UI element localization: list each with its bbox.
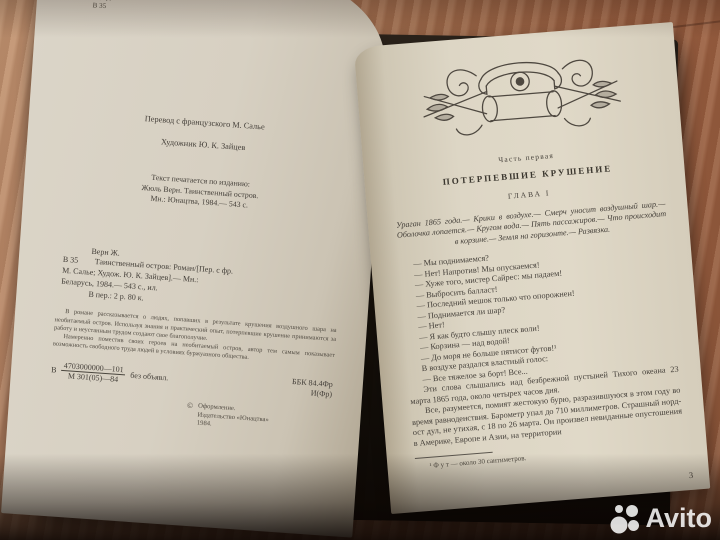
corner-mark-line: В 35 [92, 1, 111, 11]
code-fraction: 4703000000—101 М 301(05)—84 [61, 361, 126, 385]
catalog-card: Верн Ж. В 35 Таинственный остров: Роман/… [60, 244, 337, 317]
book-photo-scene: И(Фр) В 35 Перевод с французского М. Сал… [0, 0, 720, 540]
bbk-line: И(Фр) [291, 387, 332, 400]
avito-watermark: Avito [610, 502, 713, 534]
code-suffix: без объявл. [130, 371, 169, 383]
edition-note: Текст печатается по изданию: Жюль Верн. … [23, 164, 376, 220]
left-page: И(Фр) В 35 Перевод с французского М. Сал… [1, 0, 391, 538]
library-corner-mark: И(Фр) В 35 [92, 0, 112, 11]
copyright-block: © Оформление. Издательство «Юнацтва» 198… [185, 402, 360, 440]
right-page: Часть первая ПОТЕРПЕВШИЕ КРУШЕНИЕ ГЛАВА … [354, 22, 711, 514]
copyright-symbol: © [185, 402, 193, 428]
headpiece-ornament [412, 40, 631, 149]
avito-logo-icon [610, 502, 640, 534]
dialogue-block: — Мы поднимаемся? — Нет! Напротив! Мы оп… [399, 239, 678, 386]
footnote-text: ¹ Ф у т — около 30 сантиметров. [415, 442, 685, 472]
page-number: 3 [688, 470, 693, 480]
catalog-code: В 4703000000—101 М 301(05)—84 без объявл… [50, 360, 169, 388]
catalog-code-row: В 4703000000—101 М 301(05)—84 без объявл… [50, 360, 333, 400]
avito-wordmark: Avito [646, 503, 713, 534]
annotation: В романе рассказывается о людях, попавши… [53, 308, 337, 368]
code-prefix: В [51, 365, 57, 374]
left-page-content: И(Фр) В 35 Перевод с французского М. Сал… [1, 0, 391, 538]
right-page-content: Часть первая ПОТЕРПЕВШИЕ КРУШЕНИЕ ГЛАВА … [354, 22, 711, 514]
copyright-lines: Оформление. Издательство «Юнацтва» 1984. [197, 402, 270, 433]
bbk-block: ББК 84.4Фр И(Фр) [291, 377, 333, 400]
headpiece-ornament-wrap [383, 38, 660, 156]
